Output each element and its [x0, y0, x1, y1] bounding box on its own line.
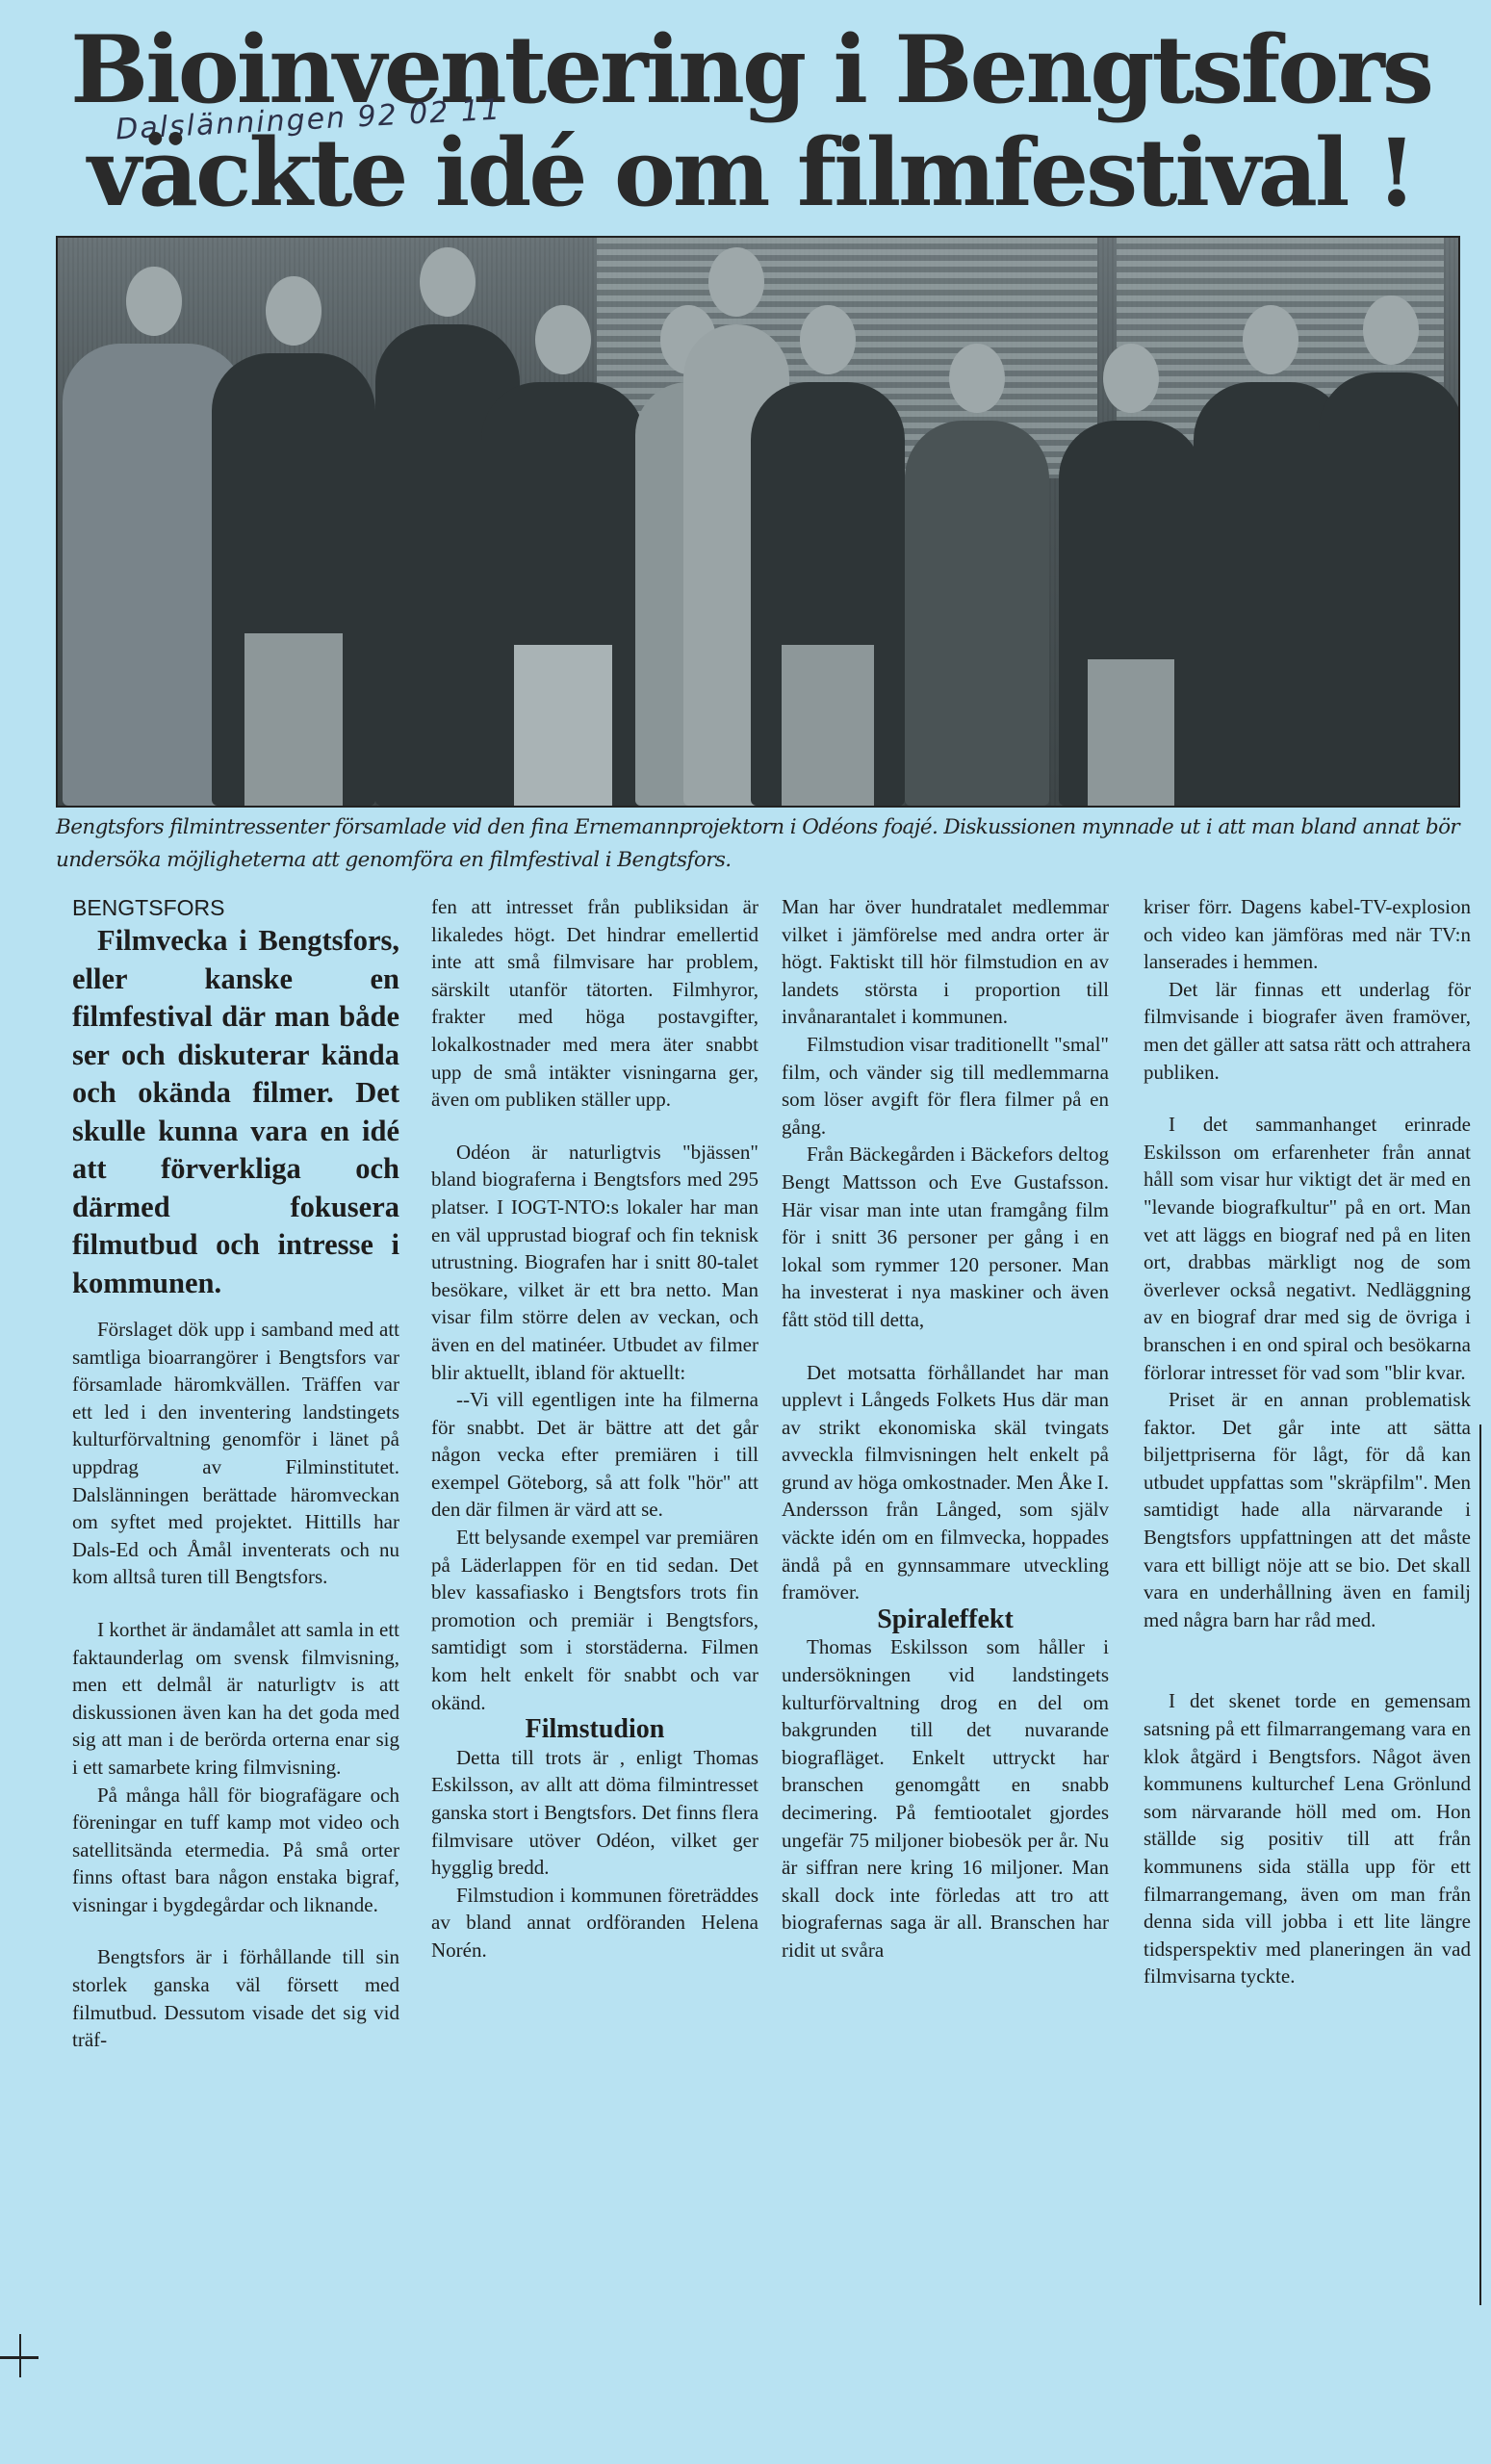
article-column-4: kriser förr. Dagens kabel-TV-explosion o…: [1144, 893, 1471, 1990]
group-photo: [56, 236, 1460, 808]
photo-person: [212, 353, 375, 806]
photo-caption: Bengtsfors filmintressenter församlade v…: [56, 811, 1461, 877]
article-column-3: Man har över hundratalet medlemmar vilke…: [782, 893, 1109, 1964]
crop-mark: [19, 2334, 21, 2377]
paragraph: Det lär finnas ett underlag för filmvisa…: [1144, 976, 1471, 1086]
subheading-filmstudion: Filmstudion: [431, 1716, 758, 1744]
subheading-spiraleffekt: Spiraleffekt: [782, 1606, 1109, 1634]
paragraph: I det sammanhanget erinrade Eskilsson om…: [1144, 1111, 1471, 1386]
headline-line-2: väckte idé om filmfestival !: [58, 120, 1444, 226]
paragraph: Thomas Eskilsson som håller i undersökni…: [782, 1633, 1109, 1963]
paragraph: Från Bäckegården i Bäckefors deltog Beng…: [782, 1141, 1109, 1333]
paragraph: Förslaget dök upp i samband med att samt…: [72, 1316, 399, 1591]
paragraph: I det skenet torde en gemensam satsning …: [1144, 1687, 1471, 1990]
paragraph: Priset är en annan problematisk faktor. …: [1144, 1386, 1471, 1633]
dateline: BENGTSFORS: [72, 893, 399, 922]
paragraph: På många håll för biografägare och fören…: [72, 1782, 399, 1919]
photo-person: [1319, 372, 1460, 806]
paragraph: Bengtsfors är i förhållande till sin sto…: [72, 1943, 399, 2053]
photo-person: [1059, 421, 1203, 806]
paragraph: Odéon är naturligtvis "bjässen" bland bi…: [431, 1139, 758, 1386]
article-column-1: BENGTSFORS Filmvecka i Bengtsfors, eller…: [72, 893, 399, 2054]
photo-person: [905, 421, 1049, 806]
paragraph: Filmstudion visar traditionellt "smal" f…: [782, 1031, 1109, 1141]
photo-person: [751, 382, 905, 806]
paragraph: --Vi vill egentligen inte ha filmerna fö…: [431, 1386, 758, 1524]
photo-person: [481, 382, 645, 806]
paragraph: Detta till trots är , enligt Thomas Eski…: [431, 1744, 758, 1882]
paragraph: fen att intresset från publiksidan är li…: [431, 893, 758, 1114]
paragraph: Filmstudion i kommunen företräddes av bl…: [431, 1882, 758, 1964]
paragraph: I korthet är ändamålet att samla in ett …: [72, 1616, 399, 1782]
paragraph: Det motsatta förhållandet har man upplev…: [782, 1359, 1109, 1606]
paragraph: Ett belysande exempel var premiären på L…: [431, 1524, 758, 1716]
paragraph: Man har över hundratalet medlemmar vilke…: [782, 893, 1109, 1031]
article-lead: Filmvecka i Bengtsfors, eller kanske en …: [72, 922, 399, 1302]
paragraph: kriser förr. Dagens kabel-TV-explosion o…: [1144, 893, 1471, 976]
article-column-2: fen att intresset från publiksidan är li…: [431, 893, 758, 1964]
column-rule: [1479, 1424, 1481, 2305]
